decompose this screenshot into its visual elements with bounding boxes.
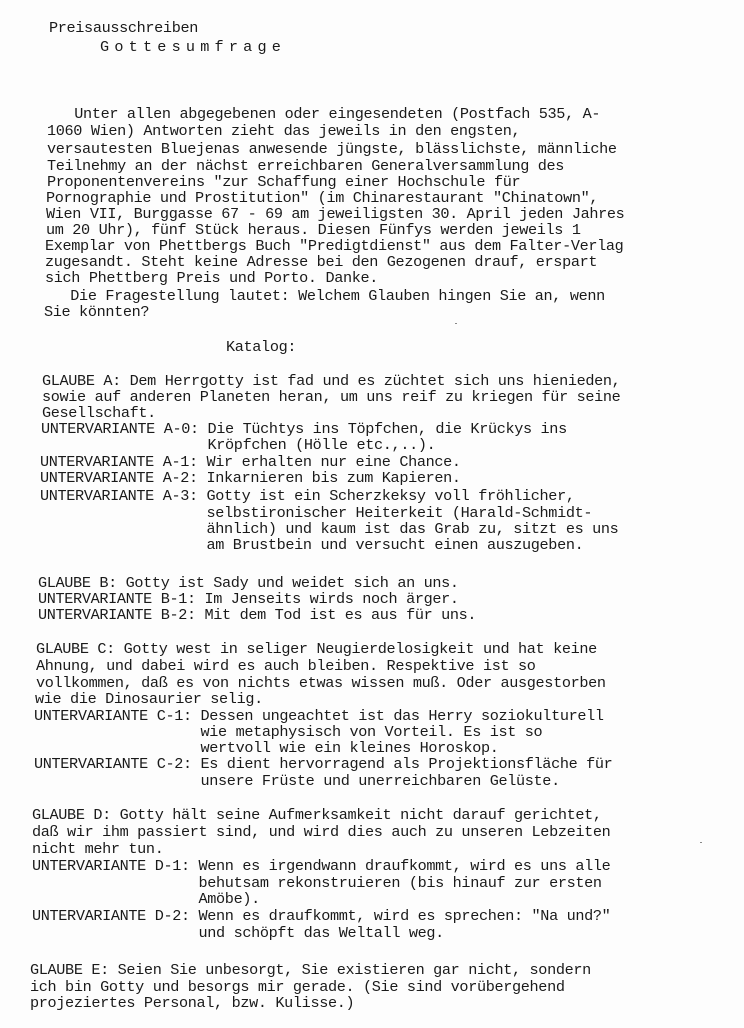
untervariante-line: und schöpft das Weltall weg. xyxy=(32,925,444,941)
untervariante-line: selbstironischer Heiterkeit (Harald-Schm… xyxy=(40,505,592,521)
intro-line: um 20 Uhr), fünf Stück heraus. Diesen Fü… xyxy=(46,222,581,238)
intro-line: Pornographie und Prostitution" (im China… xyxy=(46,190,598,206)
untervariante-line: UNTERVARIANTE A-3: Gotty ist ein Scherzk… xyxy=(40,488,575,504)
document-subheading: Gottesumfrage xyxy=(100,39,286,55)
glaube-line: GLAUBE C: Gotty west in seliger Neugierd… xyxy=(36,641,597,657)
glaube-line: GLAUBE E: Seien Sie unbesorgt, Sie exist… xyxy=(30,962,591,978)
intro-line: Teilnehmy an der nächst erreichbaren Gen… xyxy=(47,158,564,174)
scan-speck xyxy=(455,323,457,324)
untervariante-line: am Brustbein und versucht einen auszugeb… xyxy=(40,537,583,553)
untervariante-line: ähnlich) und kaum ist das Grab zu, sitzt… xyxy=(40,521,618,537)
glaube-line: Ahnung, und dabei wird es auch bleiben. … xyxy=(36,658,536,674)
intro-line: 1060 Wien) Antworten zieht das jeweils i… xyxy=(47,123,520,139)
catalog-heading: Katalog: xyxy=(226,339,296,355)
glaube-line: GLAUBE B: Gotty ist Sady und weidet sich… xyxy=(38,575,459,591)
untervariante-line: UNTERVARIANTE C-1: Dessen ungeachtet ist… xyxy=(34,708,604,724)
glaube-line: GLAUBE A: Dem Herrgotty ist fad und es z… xyxy=(42,373,620,389)
untervariante-line: behutsam rekonstruieren (bis hinauf zur … xyxy=(32,875,602,891)
intro-line: versautesten Bluejenas anwesende jüngste… xyxy=(47,141,617,157)
scan-speck xyxy=(700,842,702,843)
glaube-line: wie die Dinosaurier selig. xyxy=(35,691,263,707)
untervariante-line: UNTERVARIANTE A-2: Inkarnieren bis zum K… xyxy=(40,470,461,486)
intro-line: Unter allen abgegebenen oder eingesendet… xyxy=(48,106,600,122)
untervariante-line: Amöbe). xyxy=(32,891,260,907)
untervariante-line: UNTERVARIANTE D-2: Wenn es draufkommt, w… xyxy=(32,908,610,924)
untervariante-line: UNTERVARIANTE D-1: Wenn es irgendwann dr… xyxy=(32,858,610,874)
glaube-line: vollkommen, daß es von nichts etwas wiss… xyxy=(36,675,606,691)
untervariante-line: wie metaphysisch von Vorteil. Es ist so xyxy=(34,724,542,740)
untervariante-line: unsere Früste und unerreichbaren Gelüste… xyxy=(34,773,560,789)
untervariante-line: Kröpfchen (Hölle etc.,..). xyxy=(41,437,435,453)
glaube-line: sowie auf anderen Planeten heran, um uns… xyxy=(42,389,620,405)
glaube-line: projeziertes Personal, bzw. Kulisse.) xyxy=(30,995,354,1011)
untervariante-line: UNTERVARIANTE A-1: Wir erhalten nur eine… xyxy=(40,454,461,470)
glaube-line: Gesellschaft. xyxy=(42,405,156,421)
intro-line: zugesandt. Steht keine Adresse bei den G… xyxy=(45,254,597,270)
intro-line: Sie könnten? xyxy=(44,304,149,320)
untervariante-line: UNTERVARIANTE A-0: Die Tüchtys ins Töpfc… xyxy=(41,421,567,437)
untervariante-line: UNTERVARIANTE C-2: Es dient hervorragend… xyxy=(34,756,612,772)
untervariante-line: UNTERVARIANTE B-1: Im Jenseits wirds noc… xyxy=(38,591,459,607)
untervariante-line: UNTERVARIANTE B-2: Mit dem Tod ist es au… xyxy=(38,607,476,623)
glaube-line: GLAUBE D: Gotty hält seine Aufmerksamkei… xyxy=(32,807,602,823)
intro-line: sich Phettberg Preis und Porto. Danke. xyxy=(45,270,378,286)
intro-line: Proponentenvereins "zur Schaffung einer … xyxy=(47,174,520,190)
intro-line: Wien VII, Burggasse 67 - 69 am jeweiligs… xyxy=(46,206,624,222)
glaube-line: daß wir ihm passiert sind, und wird dies… xyxy=(32,824,610,840)
intro-line: Die Fragestellung lautet: Welchem Glaube… xyxy=(44,288,605,304)
intro-line: Exemplar von Phettbergs Buch "Predigtdie… xyxy=(45,238,623,254)
document-heading: Preisausschreiben xyxy=(49,20,198,36)
scanned-document-page: Preisausschreiben Gottesumfrage Unter al… xyxy=(0,0,744,1028)
glaube-line: ich bin Gotty und besorgs mir gerade. (S… xyxy=(30,979,565,995)
untervariante-line: wertvoll wie ein kleines Horoskop. xyxy=(34,740,499,756)
glaube-line: nicht mehr tun. xyxy=(32,841,163,857)
